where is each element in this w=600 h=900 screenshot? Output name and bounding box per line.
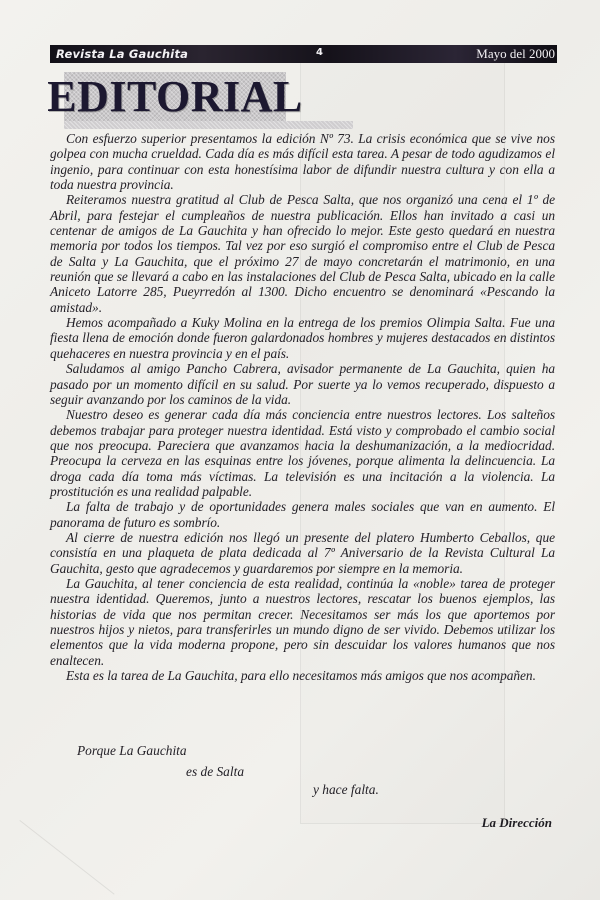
closing-line-1: Porque La Gauchita [77, 743, 187, 759]
page-header: Revista La Gauchita 4 Mayo del 2000 [50, 45, 557, 63]
closing-line-3: y hace falta. [313, 782, 379, 798]
closing-line-2: es de Salta [186, 764, 244, 780]
title-underline-bar [64, 121, 353, 129]
editorial-body: Con esfuerzo superior presentamos la edi… [50, 131, 555, 683]
paragraph: Reiteramos nuestra gratitud al Club de P… [50, 192, 555, 315]
page-number: 4 [316, 47, 323, 58]
paragraph: Nuestro deseo es generar cada día más co… [50, 407, 555, 499]
issue-date: Mayo del 2000 [476, 46, 555, 62]
magazine-page: Revista La Gauchita 4 Mayo del 2000 EDIT… [0, 0, 600, 900]
paragraph: La falta de trabajo y de oportunidades g… [50, 499, 555, 530]
paragraph: Al cierre de nuestra edición nos llegó u… [50, 530, 555, 576]
section-title-box: EDITORIAL [64, 72, 286, 121]
publication-name: Revista La Gauchita [56, 47, 188, 61]
paragraph: Esta es la tarea de La Gauchita, para el… [50, 668, 555, 683]
paper-crease [19, 820, 114, 895]
paragraph: Hemos acompañado a Kuky Molina en la ent… [50, 315, 555, 361]
paragraph: Con esfuerzo superior presentamos la edi… [50, 131, 555, 192]
section-title: EDITORIAL [47, 75, 303, 119]
paragraph: La Gauchita, al tener conciencia de esta… [50, 576, 555, 668]
paragraph: Saludamos al amigo Pancho Cabrera, avisa… [50, 361, 555, 407]
signature: La Dirección [482, 815, 552, 831]
